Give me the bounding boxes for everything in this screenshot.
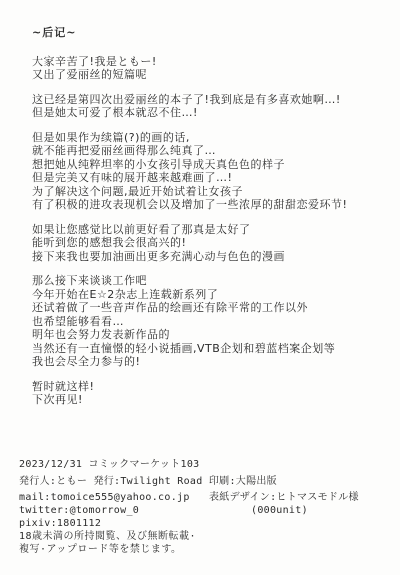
- publisher-line: 発行人:ともー 発行:Twilight Road 印刷:大陽出版: [19, 475, 389, 488]
- afterword-page: ~后记~ 大家辛苦了!我是ともー! 又出了爱丽丝的短篇呢 这已经是第四次出爱丽丝…: [0, 0, 400, 575]
- text-line: 有了积极的进攻表现机会以及增加了一些浓厚的甜甜恋爱环节!: [32, 198, 386, 212]
- afterword-paragraph: 暂时就这样! 下次再见!: [32, 380, 386, 407]
- cover-design-unit-line: (000unit): [209, 504, 359, 517]
- text-line: 想把她从纯粹坦率的小女孩引导成天真色色的样子: [32, 158, 386, 172]
- disclaimer-line-2: 複写·アップロード等を禁じます。: [19, 543, 389, 556]
- text-line: 那么接下来谈谈工作吧: [32, 274, 386, 288]
- cover-design-block: 表紙デザイン:ヒトマスモドル様 (000unit): [209, 491, 359, 517]
- text-line: 当然还有一直憧憬的轻小说插画,VTB企划和碧蓝档案企划等: [32, 342, 386, 356]
- text-line: 接下来我也要加油画出更多充满心动与色色的漫画: [32, 250, 386, 264]
- text-line: 下次再见!: [32, 393, 386, 407]
- text-line: 我也会尽全力参与的!: [32, 355, 386, 369]
- afterword-paragraph: 这已经是第四次出爱丽丝的本子了!我到底是有多喜欢她啊…! 但是她太可爱了根本就忍…: [32, 93, 386, 120]
- colophon: 2023/12/31 コミックマーケット103 発行人:ともー 発行:Twili…: [19, 458, 389, 556]
- afterword-body: ~后记~ 大家辛苦了!我是ともー! 又出了爱丽丝的短篇呢 这已经是第四次出爱丽丝…: [0, 0, 400, 407]
- text-line: 还试着做了一些音声作品的绘画还有除平常的工作以外: [32, 301, 386, 315]
- text-line: 但是完美又有味的展开越来越难画了…!: [32, 171, 386, 185]
- afterword-title: ~后记~: [32, 26, 386, 40]
- text-line: 能听到您的感想我会很高兴的!: [32, 236, 386, 250]
- text-line: 也希望能够看看…: [32, 315, 386, 329]
- text-line: 但是她太可爱了根本就忍不住…!: [32, 106, 386, 120]
- pixiv-line: pixiv:1801112: [19, 517, 389, 530]
- cover-design-line: 表紙デザイン:ヒトマスモドル様: [209, 491, 359, 504]
- event-date-line: 2023/12/31 コミックマーケット103: [19, 458, 389, 471]
- text-line: 大家辛苦了!我是ともー!: [32, 55, 386, 69]
- text-line: 就不能再把爱丽丝画得那么纯真了…: [32, 144, 386, 158]
- afterword-paragraph: 大家辛苦了!我是ともー! 又出了爱丽丝的短篇呢: [32, 55, 386, 82]
- text-line: 但是如果作为续篇(?)的画的话,: [32, 131, 386, 145]
- contact-rows: mail:tomoice555@yahoo.co.jp twitter:@tom…: [19, 491, 389, 530]
- afterword-paragraph: 但是如果作为续篇(?)的画的话, 就不能再把爱丽丝画得那么纯真了… 想把她从纯粹…: [32, 131, 386, 212]
- text-line: 明年也会努力发表新作品的: [32, 328, 386, 342]
- afterword-paragraph: 如果让您感觉比以前更好看了那真是太好了 能听到您的感想我会很高兴的! 接下来我也…: [32, 223, 386, 264]
- afterword-paragraph: 那么接下来谈谈工作吧 今年开始在E☆2杂志上连载新系列了 还试着做了一些音声作品…: [32, 274, 386, 369]
- text-line: 暂时就这样!: [32, 380, 386, 394]
- disclaimer-line-1: 18歳未満の所持閲覧、及び無断転載·: [19, 530, 389, 543]
- text-line: 今年开始在E☆2杂志上连载新系列了: [32, 288, 386, 302]
- text-line: 为了解决这个问题,最近开始试着让女孩子: [32, 185, 386, 199]
- text-line: 这已经是第四次出爱丽丝的本子了!我到底是有多喜欢她啊…!: [32, 93, 386, 107]
- text-line: 又出了爱丽丝的短篇呢: [32, 68, 386, 82]
- text-line: 如果让您感觉比以前更好看了那真是太好了: [32, 223, 386, 237]
